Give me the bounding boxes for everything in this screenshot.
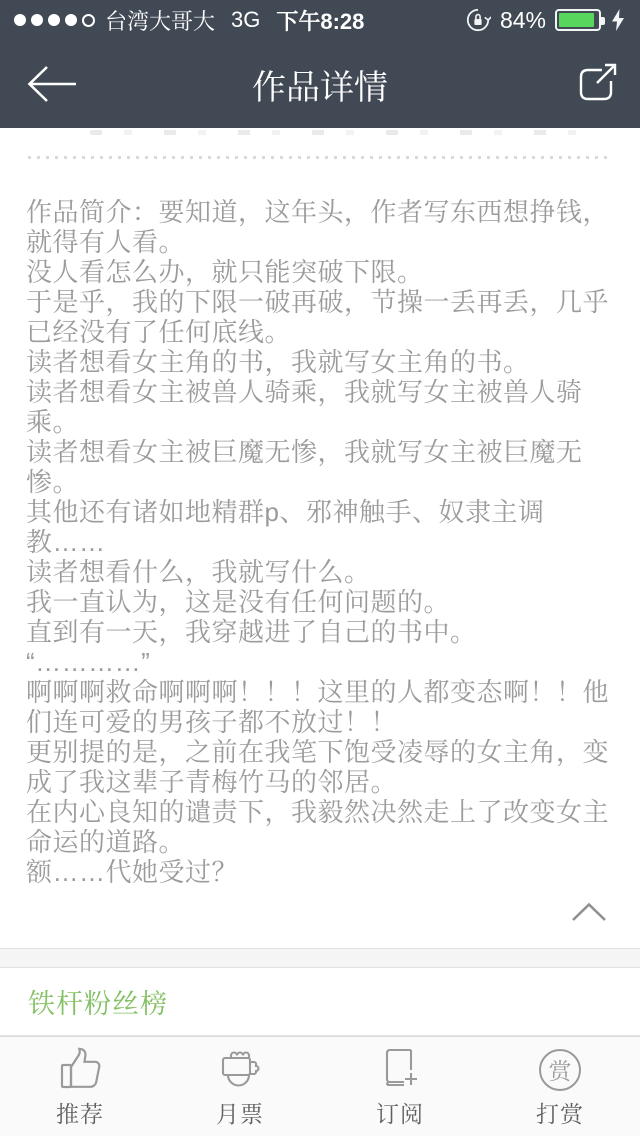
status-bar: 台湾大哥大 3G 下午8:28 84%: [0, 0, 640, 40]
share-button[interactable]: [572, 60, 620, 108]
page-title: 作品详情: [0, 60, 640, 109]
fans-ranking-section[interactable]: 铁杆粉丝榜: [0, 968, 640, 1036]
intro-paragraph: 额……代她受过？: [26, 857, 614, 887]
intro-paragraph: 更别提的是，之前在我笔下饱受凌辱的女主角，变成了我这辈子青梅竹马的邻居。: [26, 737, 614, 797]
clipped-content-remnant: [90, 130, 600, 135]
thumbs-up-icon: [57, 1045, 103, 1091]
reward-coin-icon: 赏: [539, 1045, 581, 1091]
monthly-ticket-icon: [217, 1045, 263, 1091]
intro-paragraph: 在内心良知的谴责下，我毅然决然走上了改变女主命运的道路。: [26, 797, 614, 857]
collapse-intro-button[interactable]: [566, 897, 612, 927]
intro-paragraph: 读者想看什么，我就写什么。: [26, 557, 614, 587]
intro-paragraph: 直到有一天，我穿越进了自己的书中。: [26, 617, 614, 647]
carrier-name: 台湾大哥大: [105, 5, 215, 36]
intro-paragraph: “…………”: [26, 647, 614, 677]
work-intro-text: 作品简介：要知道，这年头，作者写东西想挣钱，就得有人看。 没人看怎么办，就只能突…: [0, 197, 640, 887]
nav-bar: 作品详情: [0, 40, 640, 128]
recommend-button[interactable]: 推荐: [0, 1037, 160, 1136]
subscribe-label: 订阅: [376, 1096, 424, 1129]
work-intro-panel: 作品简介：要知道，这年头，作者写东西想挣钱，就得有人看。 没人看怎么办，就只能突…: [0, 128, 640, 948]
network-type: 3G: [231, 7, 260, 33]
subscribe-button[interactable]: 订阅: [320, 1037, 480, 1136]
status-time: 下午8:28: [276, 5, 364, 36]
intro-paragraph: 没人看怎么办，就只能突破下限。: [26, 257, 614, 287]
section-divider-band: [0, 948, 640, 968]
back-arrow-icon: [20, 61, 80, 107]
orientation-lock-icon: [465, 7, 491, 33]
back-button[interactable]: [20, 61, 80, 107]
reward-label: 打赏: [536, 1096, 584, 1129]
intro-paragraph: 我一直认为，这是没有任何问题的。: [26, 587, 614, 617]
share-icon: [572, 60, 620, 108]
fans-ranking-title: 铁杆粉丝榜: [28, 982, 168, 1021]
subscribe-book-plus-icon: [377, 1045, 423, 1091]
intro-paragraph: 其他还有诸如地精群p、邪神触手、奴隶主调教……: [26, 497, 614, 557]
dotted-divider: [28, 156, 612, 159]
intro-paragraph: 读者想看女主被巨魔无惨，我就写女主被巨魔无惨。: [26, 437, 614, 497]
intro-paragraph: 作品简介：要知道，这年头，作者写东西想挣钱，就得有人看。: [26, 197, 614, 257]
reward-button[interactable]: 赏 打赏: [480, 1037, 640, 1136]
intro-paragraph: 啊啊啊救命啊啊啊！！！这里的人都变态啊！！他们连可爱的男孩子都不放过！！: [26, 677, 614, 737]
recommend-label: 推荐: [56, 1096, 104, 1129]
intro-paragraph: 读者想看女主被兽人骑乘，我就写女主被兽人骑乘。: [26, 377, 614, 437]
bottom-toolbar: 推荐 月票: [0, 1036, 640, 1136]
monthly-ticket-button[interactable]: 月票: [160, 1037, 320, 1136]
intro-paragraph: 于是乎，我的下限一破再破，节操一丢再丢，几乎已经没有了任何底线。: [26, 287, 614, 347]
battery-percent: 84%: [500, 7, 546, 34]
work-detail-screen: 台湾大哥大 3G 下午8:28 84%: [0, 0, 640, 1136]
chevron-up-icon: [570, 901, 608, 923]
battery-icon: [555, 9, 601, 31]
signal-strength-icon: [14, 14, 95, 27]
reward-coin-glyph: 赏: [539, 1049, 581, 1091]
monthly-ticket-label: 月票: [216, 1096, 264, 1129]
lightning-bolt-icon: [610, 8, 626, 32]
intro-paragraph: 读者想看女主角的书，我就写女主角的书。: [26, 347, 614, 377]
